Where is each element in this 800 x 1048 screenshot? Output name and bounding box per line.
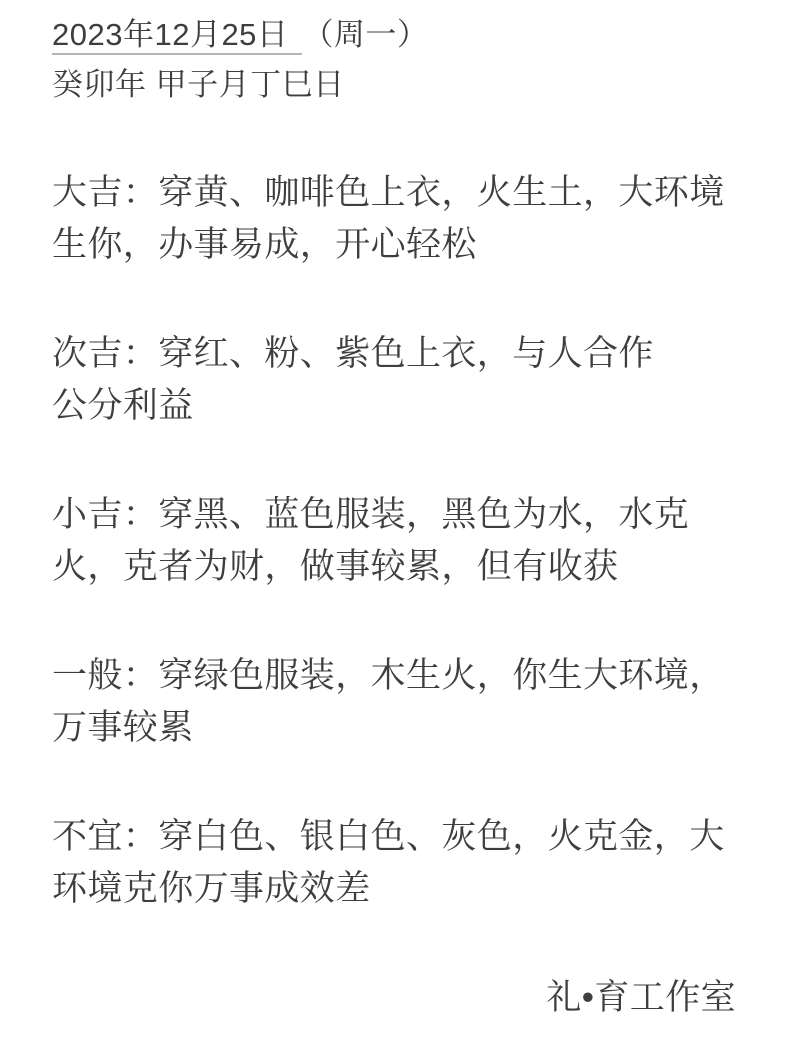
ganzhi-line: 癸卯年 甲子月丁巳日	[52, 60, 736, 110]
text-line: 公分利益	[52, 380, 736, 432]
text-line: 小吉：穿黑、蓝色服装，黑色为水，水克	[52, 489, 736, 541]
section-ciji: 次吉：穿红、粉、紫色上衣，与人合作 公分利益	[52, 328, 736, 432]
almanac-page: 2023年12月25日（周一） 癸卯年 甲子月丁巳日 大吉：穿黄、咖啡色上衣，火…	[0, 0, 800, 1048]
text-line: 环境克你万事成效差	[52, 863, 736, 915]
text-line: 不宜：穿白色、银白色、灰色，火克金，大	[52, 811, 736, 863]
studio-signature: 礼•育工作室	[52, 972, 736, 1024]
text-line: 万事较累	[52, 702, 736, 754]
date-line: 2023年12月25日（周一）	[52, 10, 736, 60]
date-text: 2023年12月25日	[52, 17, 302, 55]
header: 2023年12月25日（周一） 癸卯年 甲子月丁巳日	[52, 10, 736, 110]
section-xiaoji: 小吉：穿黑、蓝色服装，黑色为水，水克 火，克者为财，做事较累，但有收获	[52, 489, 736, 593]
text-line: 一般：穿绿色服装，木生火，你生大环境，	[52, 650, 736, 702]
weekday-text: （周一）	[302, 17, 428, 52]
section-yiban: 一般：穿绿色服装，木生火，你生大环境， 万事较累	[52, 650, 736, 754]
section-daji: 大吉：穿黄、咖啡色上衣，火生土，大环境 生你，办事易成，开心轻松	[52, 167, 736, 271]
text-line: 生你，办事易成，开心轻松	[52, 219, 736, 271]
text-line: 次吉：穿红、粉、紫色上衣，与人合作	[52, 328, 736, 380]
section-buyi: 不宜：穿白色、银白色、灰色，火克金，大 环境克你万事成效差	[52, 811, 736, 915]
text-line: 火，克者为财，做事较累，但有收获	[52, 541, 736, 593]
text-line: 大吉：穿黄、咖啡色上衣，火生土，大环境	[52, 167, 736, 219]
